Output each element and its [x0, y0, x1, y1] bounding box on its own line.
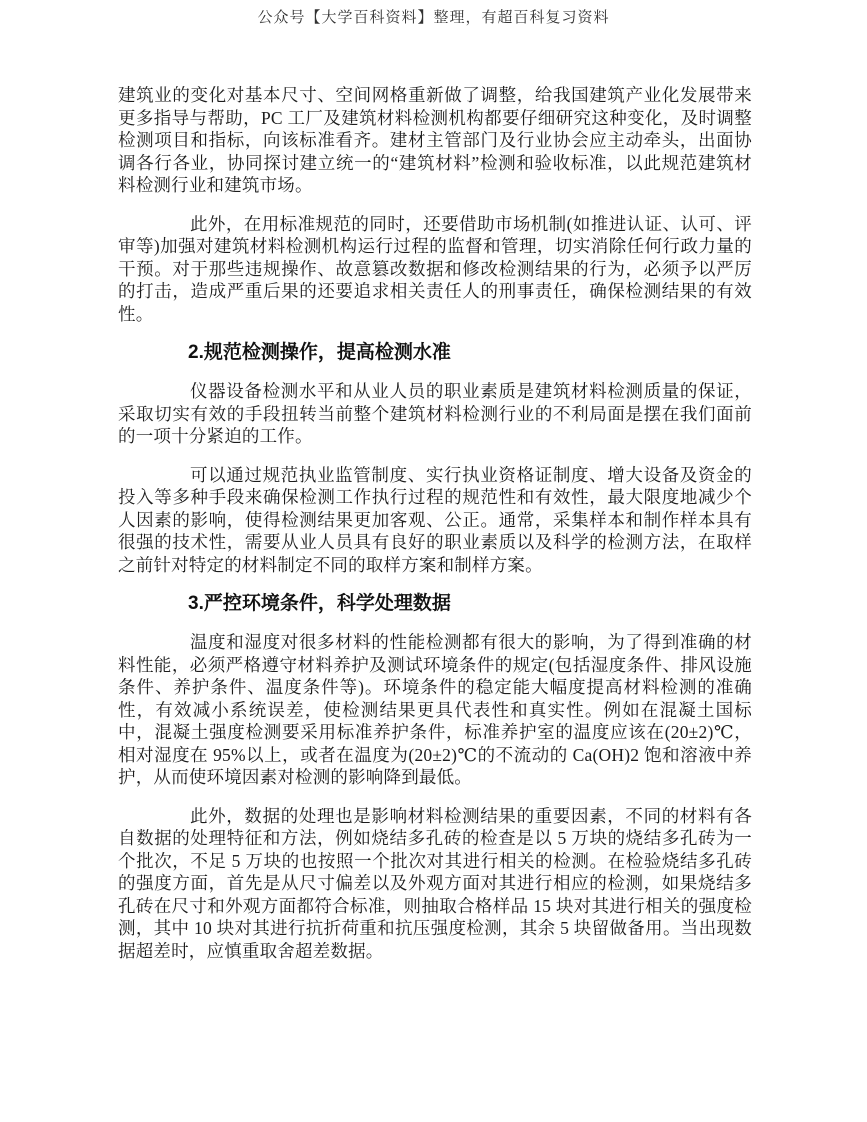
page-header-watermark: 公众号【大学百科资料】整理，有超百科复习资料: [0, 6, 867, 27]
paragraph-continuation: 建筑业的变化对基本尺寸、空间网格重新做了调整，给我国建筑产业化发展带来更多指导与…: [118, 84, 752, 197]
paragraph: 温度和湿度对很多材料的性能检测都有很大的影响，为了得到准确的材料性能，必须严格遵…: [118, 631, 752, 789]
document-page: 公众号【大学百科资料】整理，有超百科复习资料 建筑业的变化对基本尺寸、空间网格重…: [0, 0, 867, 1122]
section-heading-3: 3.严控环境条件，科学处理数据: [118, 592, 752, 615]
section-heading-2: 2.规范检测操作，提高检测水准: [118, 341, 752, 364]
document-body: 建筑业的变化对基本尺寸、空间网格重新做了调整，给我国建筑产业化发展带来更多指导与…: [118, 84, 752, 978]
paragraph: 此外，数据的处理也是影响材料检测结果的重要因素，不同的材料有各自数据的处理特征和…: [118, 805, 752, 963]
paragraph: 仪器设备检测水平和从业人员的职业素质是建筑材料检测质量的保证，采取切实有效的手段…: [118, 380, 752, 448]
paragraph: 可以通过规范执业监管制度、实行执业资格证制度、增大设备及资金的投入等多种手段来确…: [118, 464, 752, 577]
paragraph: 此外，在用标准规范的同时，还要借助市场机制(如推进认证、认可、评审等)加强对建筑…: [118, 213, 752, 326]
